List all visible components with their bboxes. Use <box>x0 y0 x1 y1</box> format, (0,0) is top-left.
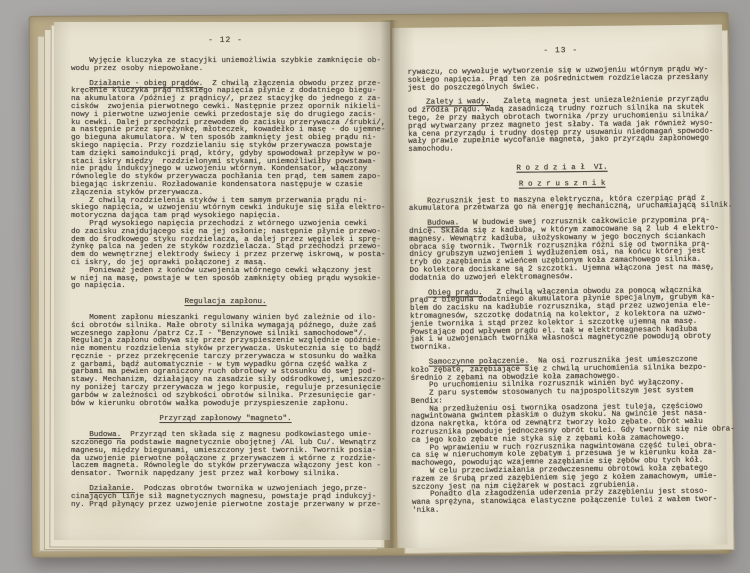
paragraph-text: W budowie swej rozrusznik całkowicie prz… <box>409 217 719 283</box>
paragraph-text: Na osi rozrusznika jest umieszczone koło… <box>411 356 735 515</box>
paragraph: Obieg prądu. Z chwilą włączenia obwodu z… <box>410 287 718 353</box>
chapter-heading: R o z d z i a ł VI. <box>408 164 715 175</box>
paragraph: Wyjęcie kluczyka ze stacyjki uniemożliwi… <box>71 58 380 74</box>
paragraph: Ponieważ jeden z końców uzwojenia wtórne… <box>71 268 380 291</box>
paragraph-text: Prąd wysokiego napięcia przechodzi z wtó… <box>71 220 385 267</box>
paragraph-text: Z chwilą włączenia obwodu za pomocą włąc… <box>410 286 715 352</box>
paragraph-text: Z chwilą rozdzielenia styków i tem samym… <box>71 197 385 221</box>
paragraph: Samoczynne połączenie. Na osi rozrusznik… <box>410 357 719 516</box>
page-right: - 13 - rywaczu, co wywołuje wytworzenie … <box>392 25 727 548</box>
paragraph: Działanie - obieg prądów. Z chwilą złącz… <box>71 81 380 198</box>
page-number: - 12 - <box>71 36 380 45</box>
paragraph: Moment zapłonu mieszanki regulowany wini… <box>71 315 380 409</box>
book: - 12 - Wyjęcie kluczyka ze stacyjki unie… <box>0 0 750 573</box>
page-left: - 12 - Wyjęcie kluczyka ze stacyjki unie… <box>54 22 390 540</box>
paragraph: Budowa. W budowie swej rozrusznik całkow… <box>409 218 717 284</box>
paragraph-text: Z chwilą złączenia obwodu przez prze- kr… <box>71 80 385 197</box>
paragraph-text: Wyjęcie kluczyka ze stacyjki uniemożliwi… <box>71 57 381 73</box>
paragraph: Zalety i wady. Zaletą magneta jest uniez… <box>408 97 716 155</box>
paragraph-lead: Działanie. <box>89 485 135 493</box>
paragraph: rywaczu, co wywołuje wytworzenie się w u… <box>407 67 714 94</box>
section-heading: Regulacja zapłonu. <box>71 299 380 307</box>
paragraph-text: Przyrząd ten składa się z magnesu podkow… <box>71 431 381 478</box>
paragraph: Działanie. Podczas obrotów twornika w uz… <box>71 486 380 509</box>
page-number: - 13 - <box>407 45 714 57</box>
paragraph-text: rywaczu, co wywołuje wytworzenie się w u… <box>407 66 708 93</box>
paragraph: Rozrusznik jest to maszyna elektryczna, … <box>409 195 716 214</box>
section-heading: Przyrząd zapłonowy "magneto". <box>71 416 380 424</box>
paragraph: Budowa. Przyrząd ten składa się z magnes… <box>71 432 380 479</box>
section-heading: R o z r u s z n i k <box>409 179 716 190</box>
paragraph-text: Rozrusznik jest to maszyna elektryczna, … <box>409 194 733 213</box>
paragraph-text: Ponieważ jeden z końców uzwojenia wtórne… <box>71 267 381 291</box>
paragraph: Z chwilą rozdzielenia styków i tem samym… <box>71 198 380 221</box>
paragraph-indent <box>71 485 89 493</box>
paragraph-text: Moment zapłonu mieszanki regulowany wini… <box>71 314 385 408</box>
paragraph: Prąd wysokiego napięcia przechodzi z wtó… <box>71 221 380 268</box>
